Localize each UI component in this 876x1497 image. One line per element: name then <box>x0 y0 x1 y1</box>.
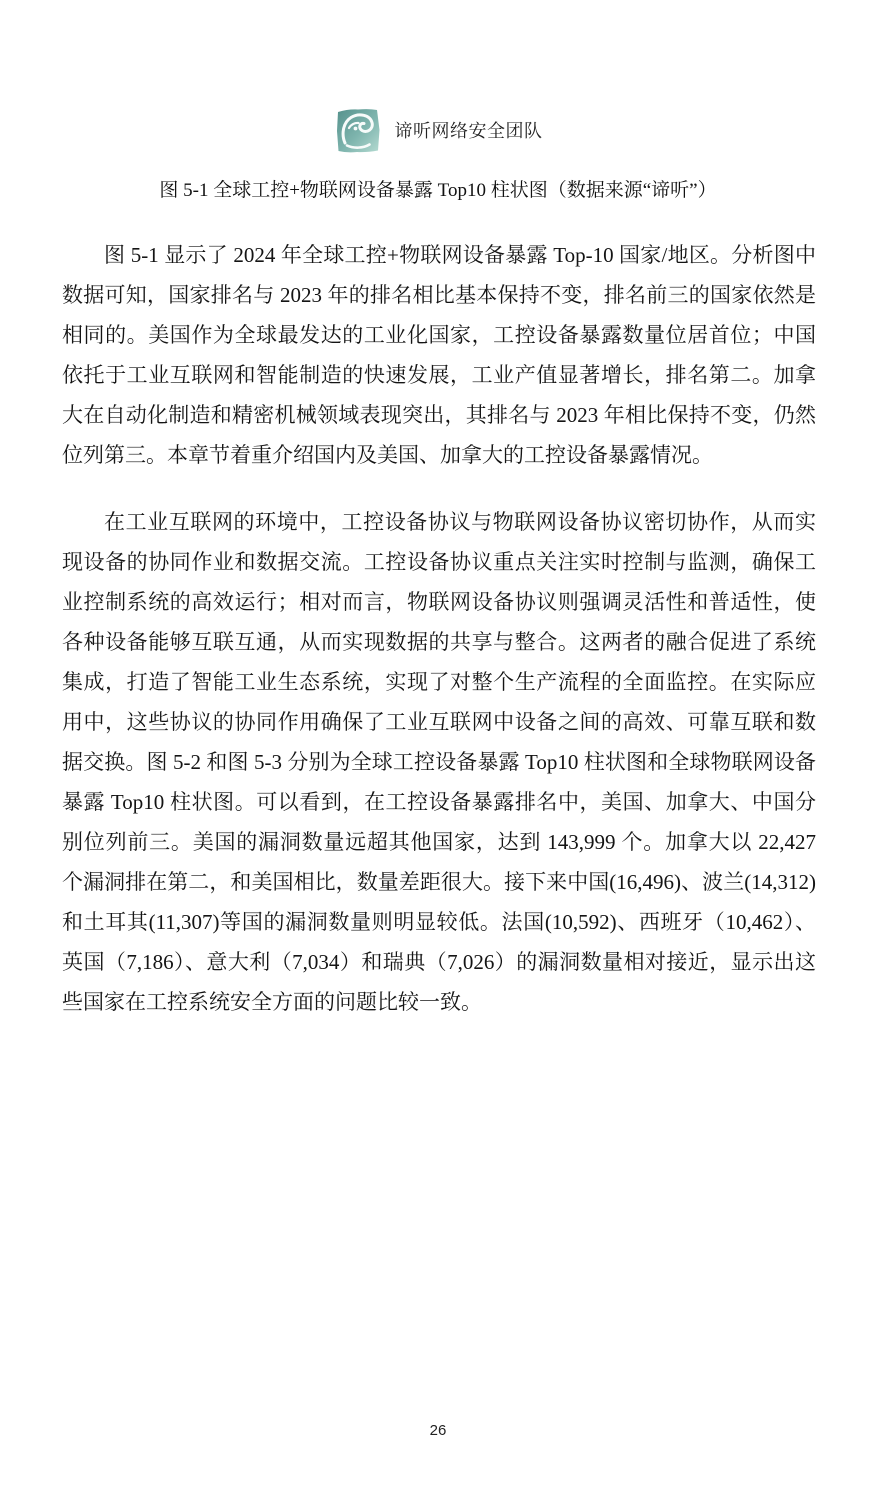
paragraph-2: 在工业互联网的环境中，工控设备协议与物联网设备协议密切协作，从而实现设备的协同作… <box>62 502 816 1022</box>
document-page: 谛听网络安全团队 图 5-1 全球工控+物联网设备暴露 Top10 柱状图（数据… <box>0 0 876 1497</box>
document-header: 谛听网络安全团队 <box>0 106 876 154</box>
diting-beast-seal-icon <box>334 106 382 154</box>
paragraph-1: 图 5-1 显示了 2024 年全球工控+物联网设备暴露 Top-10 国家/地… <box>62 235 816 475</box>
figure-caption: 图 5-1 全球工控+物联网设备暴露 Top10 柱状图（数据来源“谛听”） <box>0 177 876 205</box>
document-body: 图 5-1 显示了 2024 年全球工控+物联网设备暴露 Top-10 国家/地… <box>62 235 816 1022</box>
page-number: 26 <box>0 1422 876 1439</box>
logo-team-name: 谛听网络安全团队 <box>395 117 543 143</box>
